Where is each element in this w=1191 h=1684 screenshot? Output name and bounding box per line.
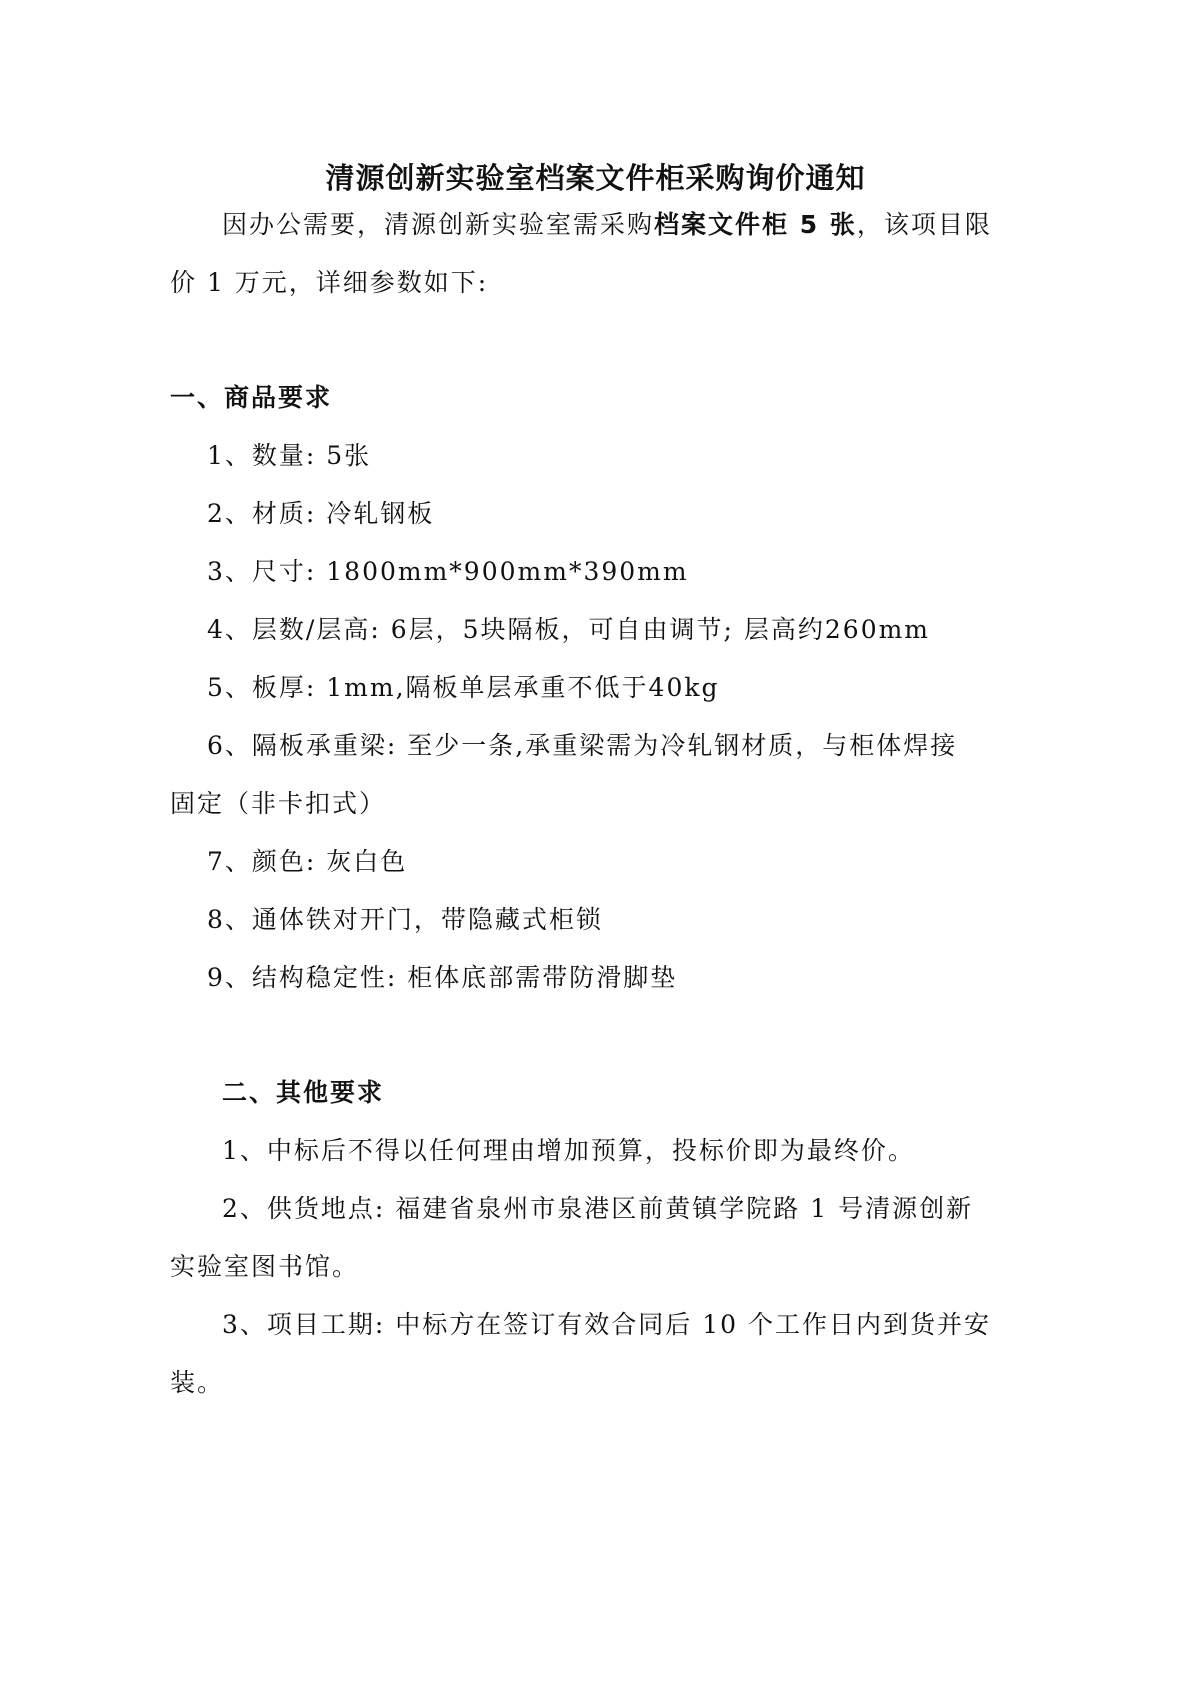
requirement-item-beam: 6、隔板承重梁: 至少一条,承重梁需为冷轧钢材质，与柜体焊接	[207, 729, 957, 763]
requirement-item-material: 2、材质: 冷轧钢板	[207, 497, 434, 531]
requirement-item-quantity: 1、数量: 5张	[207, 439, 371, 473]
requirement-item-doors: 8、通体铁对开门，带隐藏式柜锁	[207, 903, 603, 937]
intro-text-suffix: ，该项目限	[857, 210, 992, 239]
document-page: 清源创新实验室档案文件柜采购询价通知 因办公需要，清源创新实验室需采购档案文件柜…	[0, 0, 1191, 1684]
other-item-delivery-location-continued: 实验室图书馆。	[170, 1250, 359, 1284]
intro-line-2: 价 1 万元，详细参数如下:	[170, 266, 488, 300]
intro-line-1: 因办公需要，清源创新实验室需采购档案文件柜 5 张，该项目限	[222, 208, 992, 242]
other-item-schedule-continued: 装。	[170, 1366, 224, 1400]
requirement-item-beam-continued: 固定（非卡扣式）	[170, 787, 386, 821]
intro-text-bold-item: 档案文件柜 5 张	[654, 210, 857, 239]
requirement-item-thickness: 5、板厚: 1mm,隔板单层承重不低于40kg	[207, 671, 720, 705]
other-item-schedule: 3、项目工期: 中标方在签订有效合同后 10 个工作日内到货并安	[222, 1308, 991, 1342]
other-item-budget: 1、中标后不得以任何理由增加预算，投标价即为最终价。	[222, 1134, 915, 1168]
document-title: 清源创新实验室档案文件柜采购询价通知	[0, 158, 1191, 198]
requirement-item-stability: 9、结构稳定性: 柜体底部需带防滑脚垫	[207, 961, 677, 995]
section-heading-product-requirements: 一、商品要求	[170, 381, 332, 415]
intro-text-prefix: 因办公需要，清源创新实验室需采购	[222, 210, 654, 239]
requirement-item-size: 3、尺寸: 1800mm*900mm*390mm	[207, 555, 689, 589]
requirement-item-color: 7、颜色: 灰白色	[207, 845, 407, 879]
section-heading-other-requirements: 二、其他要求	[222, 1076, 384, 1110]
other-item-delivery-location: 2、供货地点: 福建省泉州市泉港区前黄镇学院路 1 号清源创新	[222, 1192, 973, 1226]
requirement-item-layers: 4、层数/层高: 6层，5块隔板，可自由调节; 层高约260mm	[207, 613, 930, 647]
